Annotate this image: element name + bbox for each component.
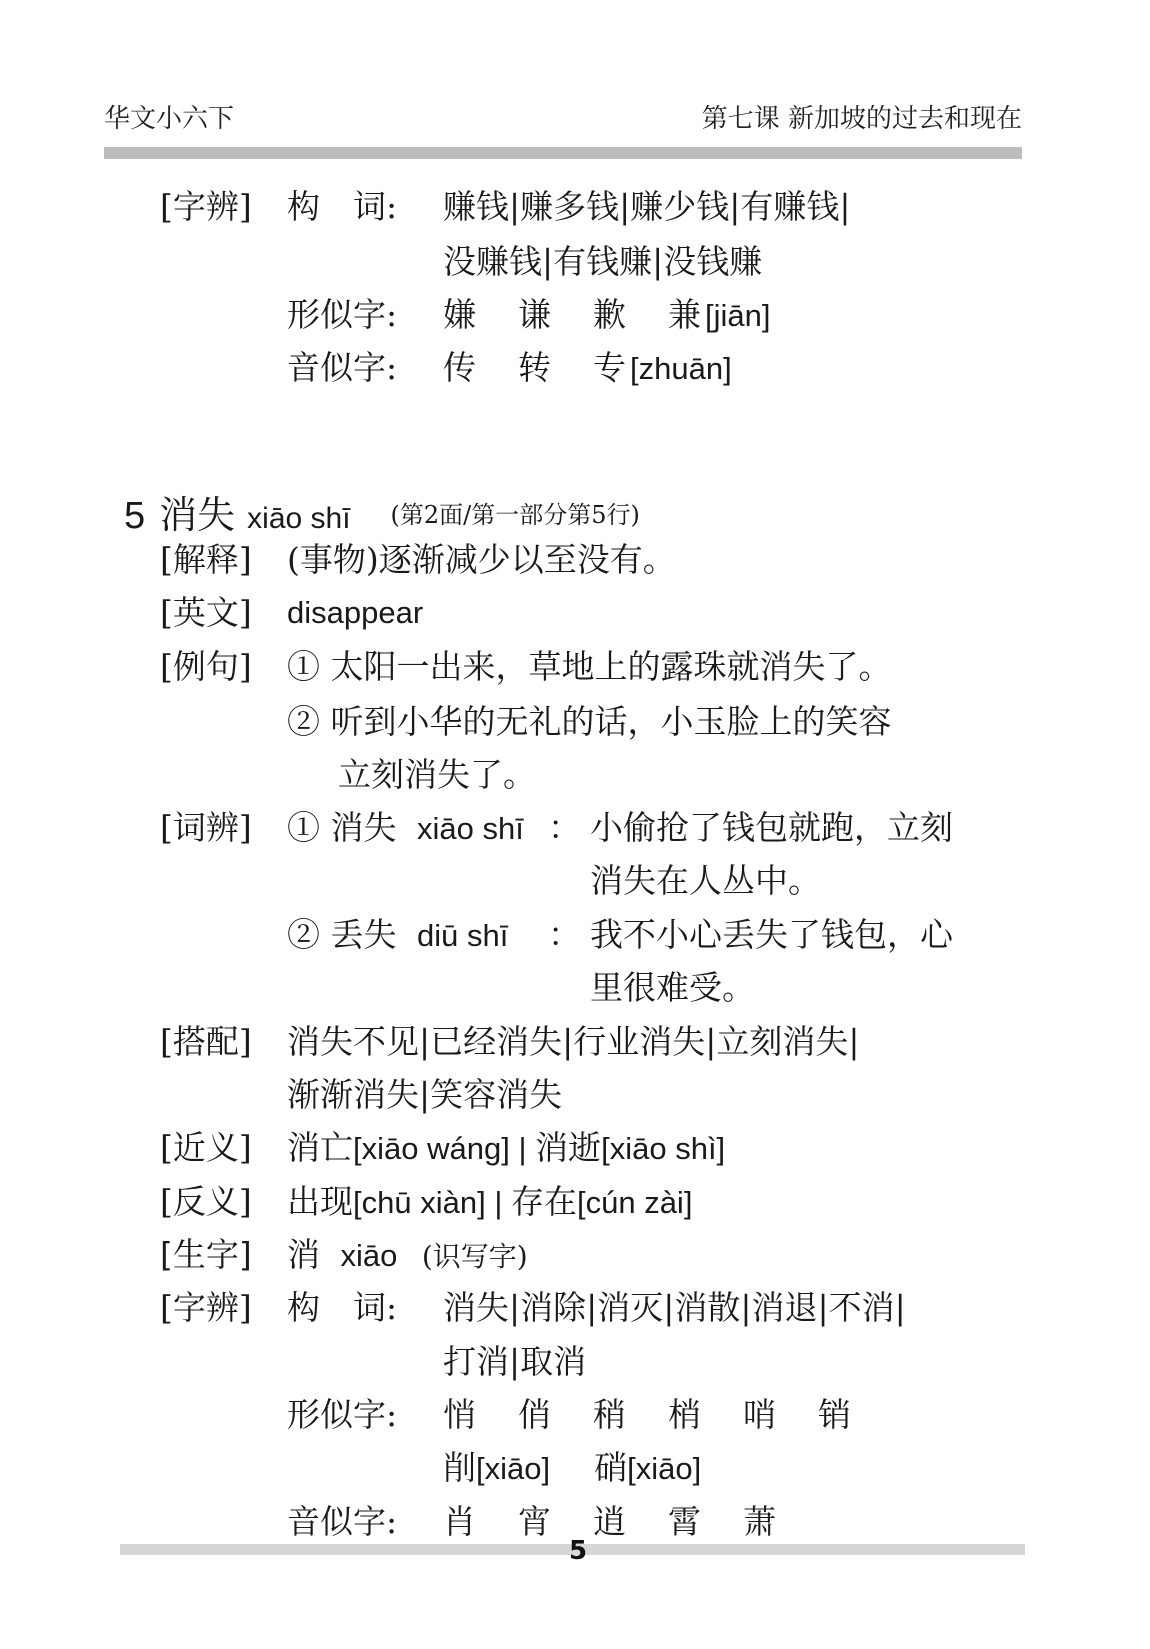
goci-line: 没赚钱|有钱赚|没钱赚: [443, 242, 762, 282]
goci-label: 构 词:: [287, 187, 397, 227]
entry-number: 5: [124, 495, 145, 537]
section-label: [字辨]: [160, 187, 252, 227]
pinyin: [chū xiàn]: [353, 1185, 486, 1220]
pinyin: [cún zài]: [577, 1185, 692, 1220]
char: 销: [818, 1395, 851, 1434]
cibian-item: ① 消失 xiāo shī: [287, 808, 524, 849]
word: 丢失: [331, 915, 397, 954]
word: 消失: [331, 808, 397, 847]
pinyin: [xiāo wáng]: [353, 1131, 510, 1166]
jinyi-label: [近义]: [160, 1128, 252, 1168]
sentence: 听到小华的无礼的话，小玉脸上的笑容: [331, 702, 892, 741]
xingsi-label: 形似字:: [287, 295, 397, 335]
marker: ②: [287, 702, 320, 741]
char: 肖: [443, 1502, 476, 1541]
yinsi-label: 音似字:: [287, 1502, 397, 1542]
fanyi-list: 出现[chū xiàn] | 存在[cún zài]: [287, 1182, 692, 1223]
yinsi-chars: 传转专[zhuān]: [443, 348, 732, 389]
liju-item: ② 听到小华的无礼的话，小玉脸上的笑容: [287, 702, 892, 742]
cibian-label: [词辨]: [160, 808, 252, 848]
yinsi-chars: 肖宵逍霄萧: [443, 1502, 776, 1542]
shengzi-label: [生字]: [160, 1235, 252, 1275]
marker: ①: [287, 647, 320, 686]
char: 霄: [668, 1502, 701, 1541]
dapei-label: [搭配]: [160, 1022, 252, 1062]
word: 出现: [287, 1182, 353, 1221]
word: 存在: [511, 1182, 577, 1221]
shengzi-content: 消 xiāo (识写字): [287, 1235, 528, 1277]
char: 宵: [518, 1502, 551, 1541]
pinyin: [xiāo shì]: [601, 1131, 725, 1166]
char: 逍: [593, 1502, 626, 1541]
page-number: 5: [566, 1536, 590, 1566]
char: 哨: [743, 1395, 776, 1434]
jieshi-label: [解释]: [160, 540, 252, 580]
book-title: 华文小六下: [104, 98, 234, 135]
marker: ②: [287, 915, 320, 954]
pinyin: diū shī: [417, 918, 508, 953]
char: 兼: [668, 295, 701, 334]
dapei-line: 消失不见|已经消失|行业消失|立刻消失|: [287, 1022, 859, 1062]
char: 歉: [593, 295, 626, 334]
goci-line: 打消|取消: [443, 1342, 586, 1382]
pinyin: [xiāo]: [476, 1451, 550, 1486]
colon: ：: [548, 915, 581, 955]
char: 专: [593, 348, 626, 387]
char: 转: [518, 348, 551, 387]
xingsi-chars: 嫌谦歉兼[jiān]: [443, 295, 770, 336]
char: 俏: [518, 1395, 551, 1434]
separator: |: [510, 1131, 535, 1166]
char: 稍: [593, 1395, 626, 1434]
pinyin: [xiāo]: [627, 1451, 701, 1486]
goci-line: 消失|消除|消灭|消散|消退|不消|: [443, 1288, 906, 1328]
separator: |: [486, 1185, 511, 1220]
char: 萧: [743, 1502, 776, 1541]
entry-reference: (第2面/第一部分第5行): [391, 501, 640, 529]
pinyin: [zhuān]: [630, 351, 732, 386]
yinsi-label: 音似字:: [287, 348, 397, 388]
char: 消: [287, 1235, 320, 1274]
colon: ：: [548, 808, 581, 848]
char: 悄: [443, 1395, 476, 1434]
char: 谦: [518, 295, 551, 334]
char: 硝: [594, 1448, 627, 1487]
xingsi-chars-line2: 削[xiāo]硝[xiāo]: [443, 1448, 701, 1489]
fanyi-label: [反义]: [160, 1182, 252, 1222]
pinyin: [jiān]: [705, 298, 770, 333]
lesson-title: 第七课 新加坡的过去和现在: [702, 98, 1022, 135]
sentence-cont: 立刻消失了。: [338, 755, 536, 795]
pinyin: xiāo shī: [417, 811, 524, 846]
note: (识写字): [422, 1240, 528, 1273]
entry-title: 5消失xiāo shī(第2面/第一部分第5行): [124, 484, 640, 539]
goci-line: 赚钱|赚多钱|赚少钱|有赚钱|: [443, 187, 850, 227]
entry-pinyin: xiāo shī: [247, 502, 350, 535]
cibian-item: ② 丢失 diū shī: [287, 915, 508, 956]
zibian-label: [字辨]: [160, 1288, 252, 1328]
jieshi-text: (事物)逐渐减少以至没有。: [287, 540, 676, 580]
goci-label: 构 词:: [287, 1288, 397, 1328]
char: 嫌: [443, 295, 476, 334]
xingsi-chars: 悄俏稍梢哨销: [443, 1395, 851, 1435]
word: 消逝: [535, 1128, 601, 1167]
yingwen-label: [英文]: [160, 593, 252, 633]
pinyin: xiāo: [341, 1238, 398, 1273]
char: 梢: [668, 1395, 701, 1434]
jinyi-list: 消亡[xiāo wáng] | 消逝[xiāo shì]: [287, 1128, 725, 1169]
char: 削: [443, 1448, 476, 1487]
cibian-sentence: 小偷抢了钱包就跑，立刻: [590, 808, 953, 848]
marker: ①: [287, 808, 320, 847]
dapei-line: 渐渐消失|笑容消失: [287, 1075, 562, 1115]
liju-label: [例句]: [160, 647, 252, 687]
word: 消亡: [287, 1128, 353, 1167]
entry-word: 消失: [159, 493, 235, 537]
cibian-sentence: 我不小心丢失了钱包，心: [590, 915, 953, 955]
yingwen-text: disappear: [287, 593, 423, 633]
header-rule: [104, 147, 1022, 159]
cibian-sentence-cont: 消失在人丛中。: [590, 861, 821, 901]
sentence: 太阳一出来，草地上的露珠就消失了。: [331, 647, 892, 686]
cibian-sentence-cont: 里很难受。: [590, 968, 755, 1008]
xingsi-label: 形似字:: [287, 1395, 397, 1435]
liju-item: ① 太阳一出来，草地上的露珠就消失了。: [287, 647, 892, 687]
char: 传: [443, 348, 476, 387]
